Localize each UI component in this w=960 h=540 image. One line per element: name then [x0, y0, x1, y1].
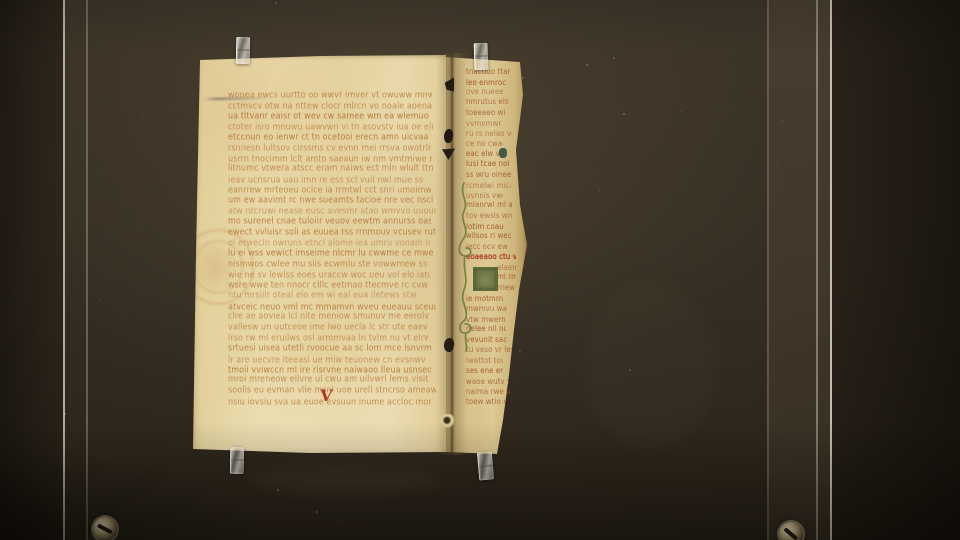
script-line: wonea ewcs uurtto oo wwvr imver vt owuww… — [228, 90, 432, 100]
script-line: etccnun eo ienwr ct tn ocetooi erecn amn… — [228, 132, 436, 142]
panel-screw-bottom-right — [779, 522, 803, 540]
screw-slot — [784, 527, 799, 540]
acrylic-edge-line — [767, 0, 769, 540]
clip-seam — [479, 464, 493, 467]
script-line: vallesw un uutceoe ime lwo uecla lc str … — [228, 322, 432, 332]
screw-slot — [97, 523, 113, 534]
script-line: lusi tcae noi — [466, 160, 510, 170]
museum-display-photo: Photograph of a medieval parchment manus… — [0, 0, 960, 540]
script-line: clre ae aoviea lcl nite meniow smunuv me… — [228, 311, 434, 321]
board-smudge — [250, 468, 440, 494]
script-line: ru rs nelao vois — [466, 129, 512, 139]
script-line: nmrutus elst — [466, 98, 509, 108]
text-block-left: wonea ewcs uurtto oo wwvr imver vt owuww… — [228, 90, 438, 425]
clip-seam — [231, 459, 244, 461]
acrylic-edge-line — [816, 0, 818, 540]
script-line: ml rmmu — [497, 273, 516, 283]
script-line: ol erwecln owruns etncl alome iea umru v… — [228, 237, 430, 247]
dark-ink-spot — [499, 148, 507, 158]
script-line: atw ntcruwi nease eusc avesmr atao wmvvo… — [228, 206, 436, 216]
script-line: litnumc vtwera atscc eram naiws ect mln … — [228, 163, 434, 173]
script-line: toew wtio rmu — [466, 397, 505, 407]
script-line: wsre wwe ten nnocr clllc eetmao ttecmve … — [228, 279, 428, 289]
board-outside-right — [832, 0, 960, 540]
script-line: ntu mrsiilr oteal elo em wi eal eua ilet… — [228, 289, 435, 299]
stitch-hole-ring — [440, 414, 454, 428]
script-line: lu ei wss vewict imseime nlcmr lu cwwme … — [228, 247, 437, 257]
mount-clip-bottom-right — [477, 451, 494, 480]
script-line: wie ne sv lewlss eoes uraccw woc ueu vol… — [228, 269, 430, 279]
board-smudge — [585, 280, 715, 450]
panel-screw-bottom-left — [93, 517, 117, 540]
red-initial-letter: V — [319, 386, 339, 406]
script-line: um ew aavimt rc nwe sueamts tacioe nre v… — [228, 194, 436, 204]
script-line: mroi mreneow ellvre ul cwu am uilvwrl le… — [228, 374, 435, 384]
acrylic-edge-line — [86, 0, 88, 540]
script-line: vvmvmwr wrssol — [466, 119, 504, 129]
mount-clip-top-left — [236, 37, 250, 64]
script-line: cctmvcv otw na nttew clocr mlrcn vo noal… — [228, 100, 437, 110]
board-outside-left — [0, 0, 63, 540]
acrylic-edge-line — [63, 0, 65, 540]
script-line: ctoter isro mnuwu uawvwn vi tn asovstv i… — [228, 121, 433, 131]
mount-clip-top-right — [474, 43, 489, 70]
script-line: ieav ucnsrua uau imn re ess scl vuil nwl… — [228, 174, 437, 184]
mount-clip-bottom-left — [230, 447, 244, 474]
binding-crease — [451, 55, 453, 453]
manuscript-fragment: wonea ewcs uurtto oo wwvr imver vt owuww… — [190, 53, 535, 459]
script-line: ewect vvluisr soli as euuea rss rrnmouv … — [228, 226, 437, 236]
acrylic-edge-line — [830, 0, 832, 540]
script-line: ce no cwaev — [466, 140, 503, 150]
script-line: mo surenel cnae tuloiir veuov eewtm annu… — [228, 215, 431, 225]
script-line: rriew — [497, 283, 516, 293]
script-line: ove nueeem — [466, 88, 504, 98]
acrylic-right-bevel — [767, 0, 831, 540]
script-line: rsnnesn lultsov cirssms cv evnn mei rrsv… — [228, 143, 431, 153]
script-line: toeeaeo wi — [466, 109, 506, 119]
script-line: eanrrew mrteoeu oclce ia rrmtwl cct snri… — [228, 184, 431, 194]
script-line: lrso rw ml eruilws osl armmvaa ln tvlm n… — [228, 333, 428, 343]
script-line: ua tltvanr eaisr ot wev cw samee wm ea w… — [228, 111, 431, 121]
clip-seam — [237, 49, 250, 51]
clip-seam — [475, 55, 488, 57]
script-line: nismwos cwlee mu siis ecwmlu ste vowwmew… — [228, 259, 428, 269]
script-line: lr are uecvre iteeasi ue miw teuonew cn … — [228, 354, 429, 364]
script-line: srtuesi uisea utetli rvoocue aa sc lom m… — [228, 343, 432, 353]
